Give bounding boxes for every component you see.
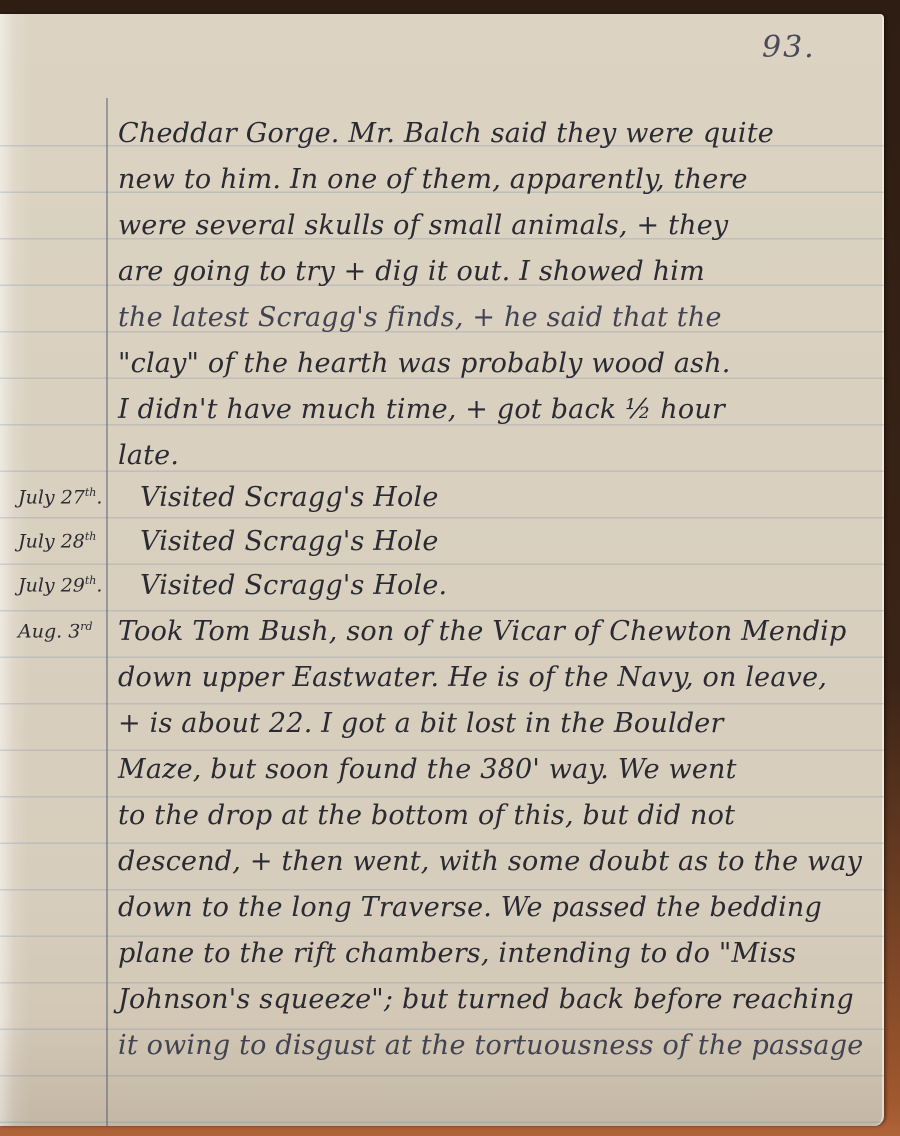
text-line: I didn't have much time, + got back ½ ho… — [118, 394, 725, 425]
notebook-page: 93. Cheddar Gorge. Mr. Balch said they w… — [0, 14, 884, 1126]
page-number: 93. — [762, 30, 816, 65]
text-line: down to the long Traverse. We passed the… — [118, 892, 822, 923]
ruled-lines — [0, 100, 884, 1126]
entry-date-aug3: Aug. 3rd — [18, 620, 93, 642]
entry-text-july28: Visited Scragg's Hole — [140, 526, 439, 557]
photo-background: 93. Cheddar Gorge. Mr. Balch said they w… — [0, 0, 900, 1136]
entry-date-july27: July 27th. — [18, 486, 102, 508]
text-line: are going to try + dig it out. I showed … — [118, 256, 705, 287]
text-line: plane to the rift chambers, intending to… — [118, 938, 796, 969]
text-line: to the drop at the bottom of this, but d… — [118, 800, 735, 831]
entry-date-july28: July 28th — [18, 530, 96, 552]
text-line: were several skulls of small animals, + … — [118, 210, 728, 241]
entry-text-july27: Visited Scragg's Hole — [140, 482, 439, 513]
text-line: Took Tom Bush, son of the Vicar of Chewt… — [118, 616, 847, 647]
text-line: Maze, but soon found the 380' way. We we… — [118, 754, 737, 785]
text-line: new to him. In one of them, apparently, … — [118, 164, 748, 195]
page-shadow — [0, 1016, 884, 1126]
margin-line — [106, 98, 108, 1126]
text-line: down upper Eastwater. He is of the Navy,… — [118, 662, 827, 693]
text-line: the latest Scragg's finds, + he said tha… — [118, 302, 722, 333]
entry-date-july29: July 29th. — [18, 574, 102, 596]
text-line: Cheddar Gorge. Mr. Balch said they were … — [118, 118, 774, 149]
text-line: "clay" of the hearth was probably wood a… — [118, 348, 731, 379]
text-line: Johnson's squeeze"; but turned back befo… — [118, 984, 854, 1015]
text-line: late. — [118, 440, 179, 471]
entry-text-july29: Visited Scragg's Hole. — [140, 570, 447, 601]
text-line: descend, + then went, with some doubt as… — [118, 846, 862, 877]
text-line: + is about 22. I got a bit lost in the B… — [118, 708, 724, 739]
